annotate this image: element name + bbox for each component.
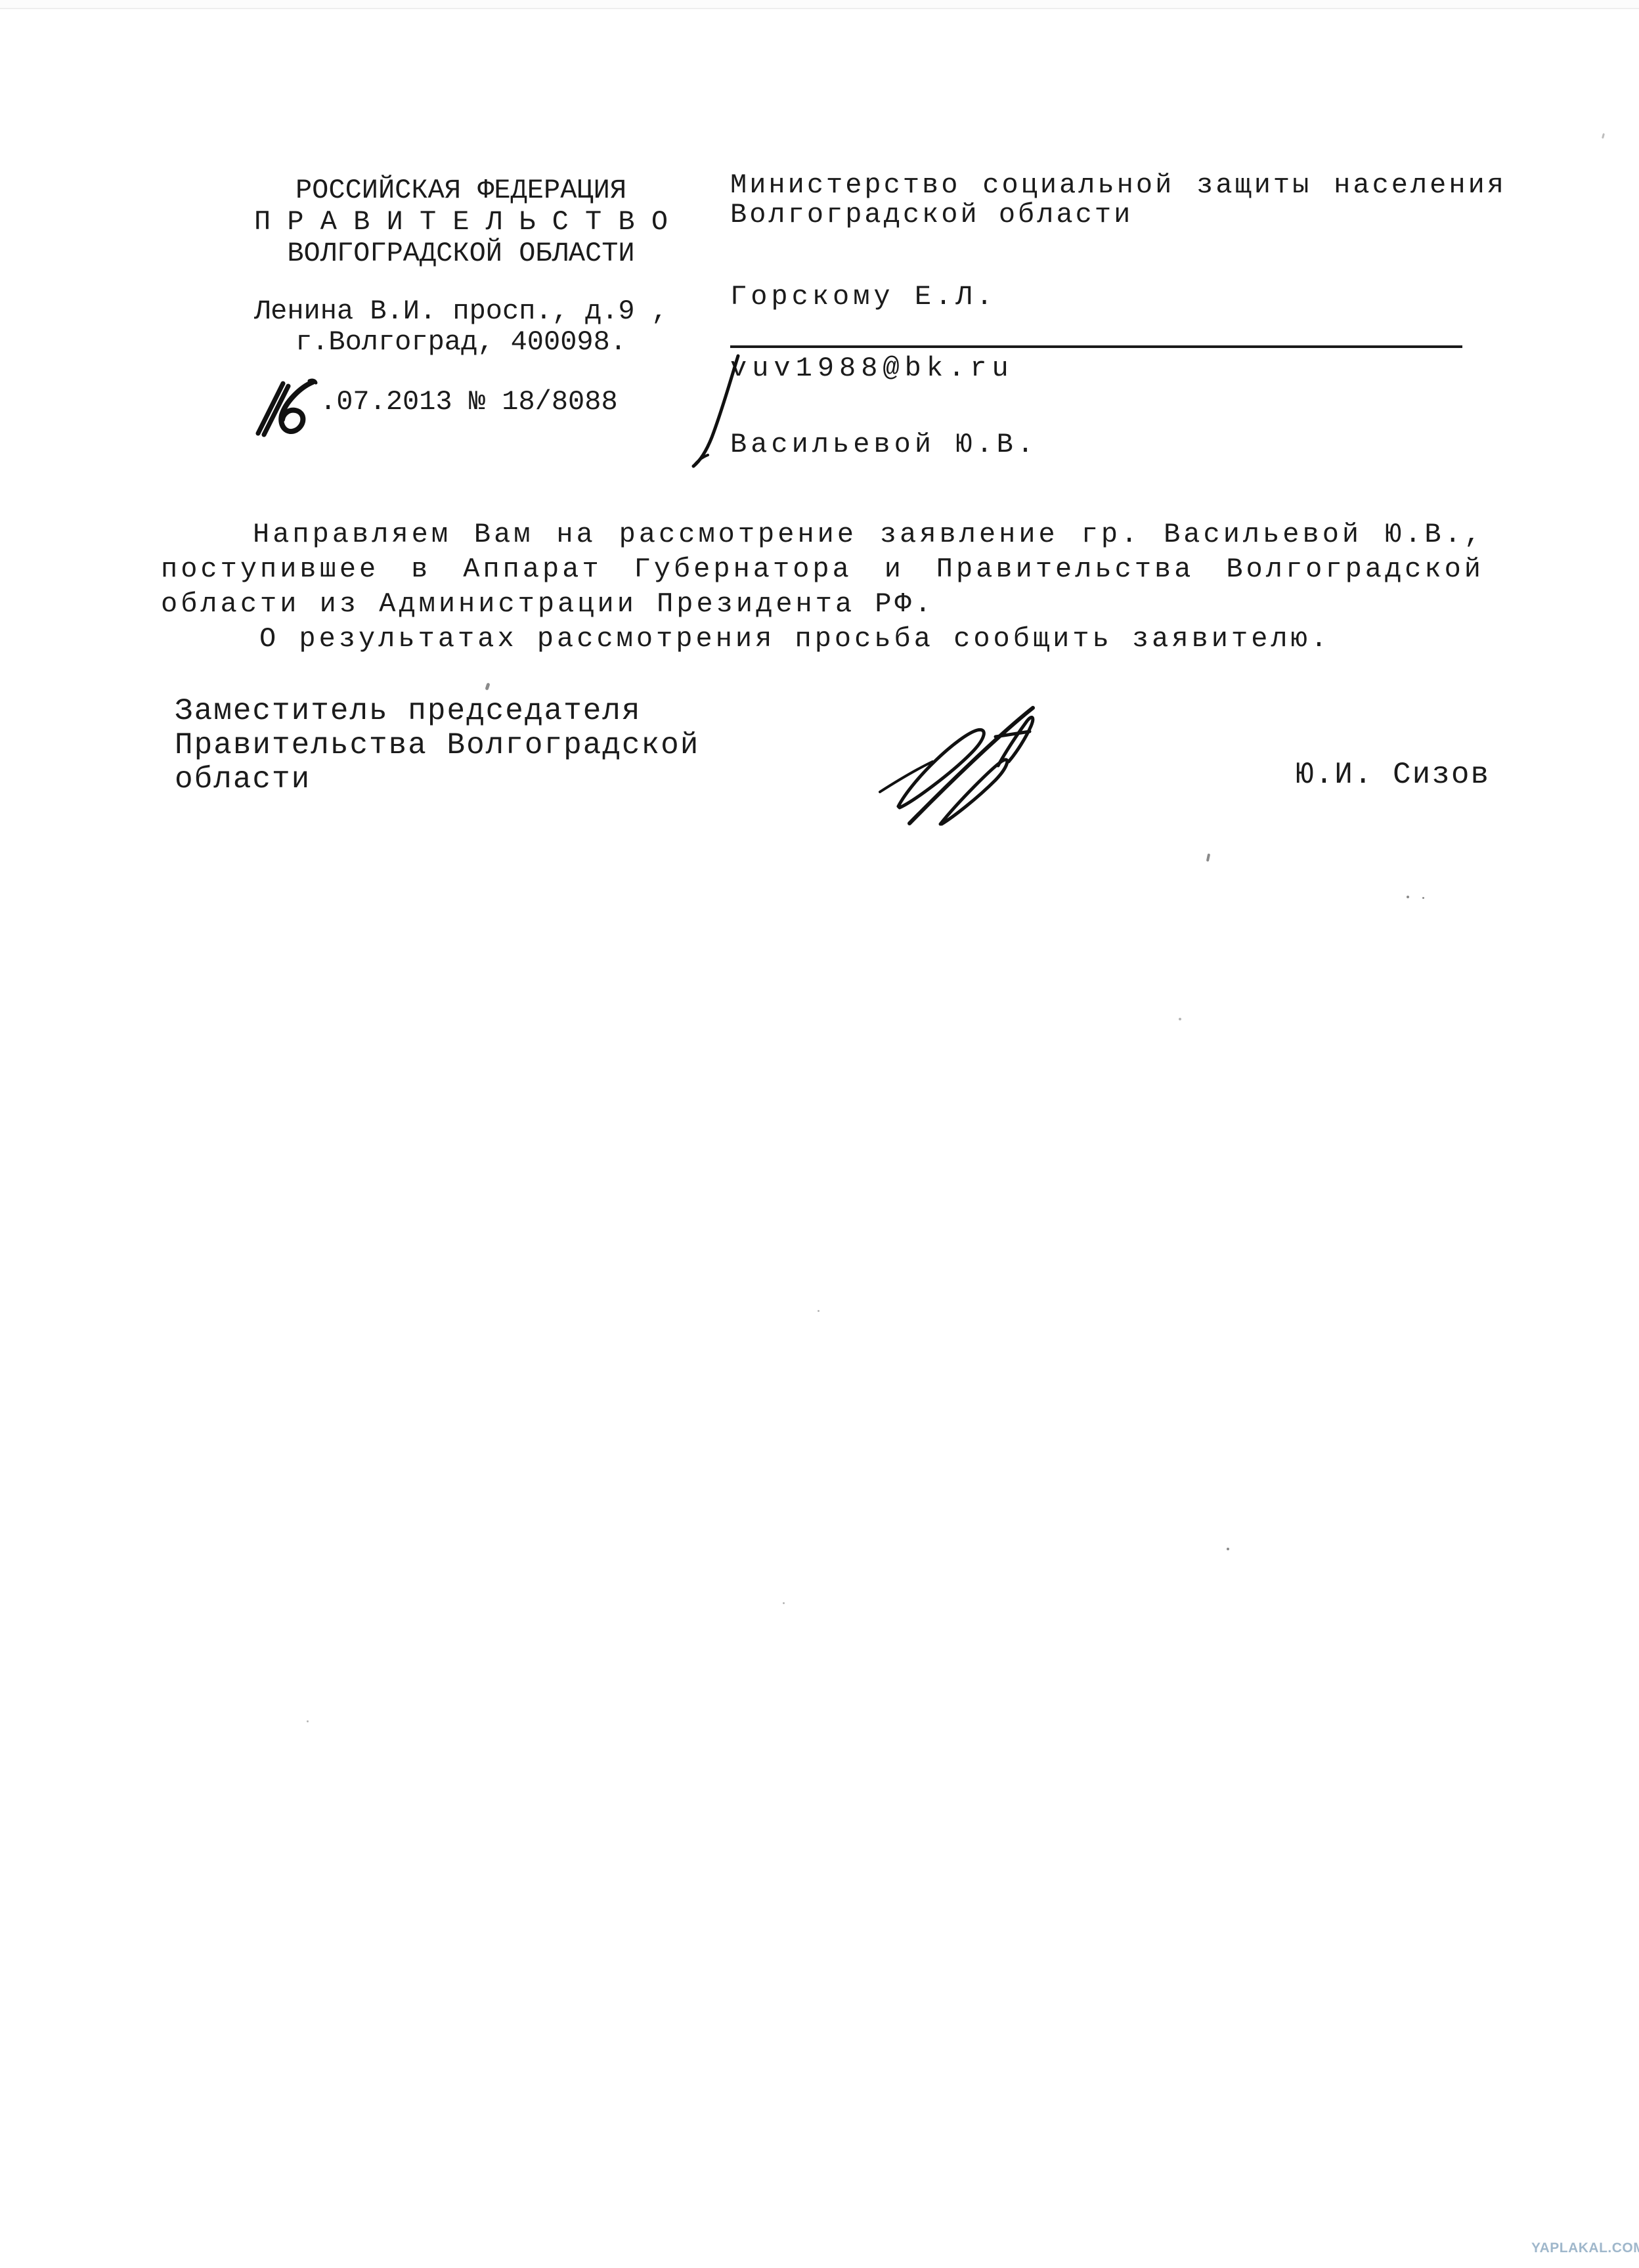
recipient-ministry-line1: Министерство социальной защиты населения bbox=[730, 171, 1506, 200]
letter-date-number: .07.2013 № 18/8088 bbox=[320, 388, 618, 416]
scan-speck bbox=[818, 1310, 820, 1312]
scan-speck bbox=[307, 1720, 309, 1722]
letterhead-address-line1: Ленина В.И. просп., д.9 , bbox=[231, 296, 691, 327]
scan-speck bbox=[1422, 897, 1424, 899]
scan-speck bbox=[1179, 1018, 1181, 1020]
signoff-signer-name: Ю.И. Сизов bbox=[1296, 758, 1490, 792]
signature-scribble bbox=[867, 695, 1051, 836]
body-line2: поступившее в Аппарат Губернатора и Прав… bbox=[161, 552, 1484, 587]
signoff-title-line3: области bbox=[175, 762, 699, 796]
divider-line bbox=[730, 345, 1462, 348]
signoff-title-line2: Правительства Волгоградской bbox=[175, 728, 699, 762]
scan-speck bbox=[1227, 1548, 1229, 1550]
scan-speck bbox=[1602, 133, 1605, 139]
recipient-addressee-vasilyeva: Васильевой Ю.В. bbox=[730, 431, 1038, 458]
body-line3: области из Администрации Президента РФ. bbox=[161, 587, 1484, 622]
scanned-letter-page: РОССИЙСКАЯ ФЕДЕРАЦИЯ П Р А В И Т Е Л Ь С… bbox=[0, 0, 1639, 2268]
scan-edge-artifact bbox=[0, 0, 1639, 9]
recipient-ministry-line2: Волгоградской области bbox=[730, 200, 1506, 230]
site-watermark: YAPLAKAL.COM bbox=[1531, 2240, 1639, 2256]
body-line1: Направляем Вам на рассмотрение заявление… bbox=[161, 517, 1484, 552]
body-line4: О результатах рассмотрения просьба сообщ… bbox=[161, 622, 1484, 657]
letterhead-region: ВОЛГОГРАДСКОЙ ОБЛАСТИ bbox=[231, 238, 691, 269]
letterhead-government: П Р А В И Т Е Л Ь С Т В О bbox=[231, 206, 691, 238]
recipient-email: vuv1988@bk.ru bbox=[730, 355, 1014, 382]
scan-speck bbox=[1407, 896, 1409, 898]
letterhead-address-line2: г.Волгоград, 400098. bbox=[231, 327, 691, 358]
letterhead-address-block: Ленина В.И. просп., д.9 , г.Волгоград, 4… bbox=[231, 296, 691, 358]
scan-speck bbox=[783, 1602, 785, 1604]
letterhead-sender-block: РОССИЙСКАЯ ФЕДЕРАЦИЯ П Р А В И Т Е Л Ь С… bbox=[231, 175, 691, 269]
letterhead-country: РОССИЙСКАЯ ФЕДЕРАЦИЯ bbox=[231, 175, 691, 206]
recipient-ministry-block: Министерство социальной защиты населения… bbox=[730, 171, 1506, 230]
signoff-title-line1: Заместитель председателя bbox=[175, 694, 699, 728]
recipient-addressee-gorskiy: Горскому Е.Л. bbox=[730, 283, 997, 311]
handwritten-date-scribble bbox=[251, 378, 325, 439]
scan-speck bbox=[485, 682, 490, 690]
signoff-title-block: Заместитель председателя Правительства В… bbox=[175, 694, 699, 796]
letter-body: Направляем Вам на рассмотрение заявление… bbox=[161, 517, 1484, 657]
scan-speck bbox=[1206, 854, 1210, 862]
